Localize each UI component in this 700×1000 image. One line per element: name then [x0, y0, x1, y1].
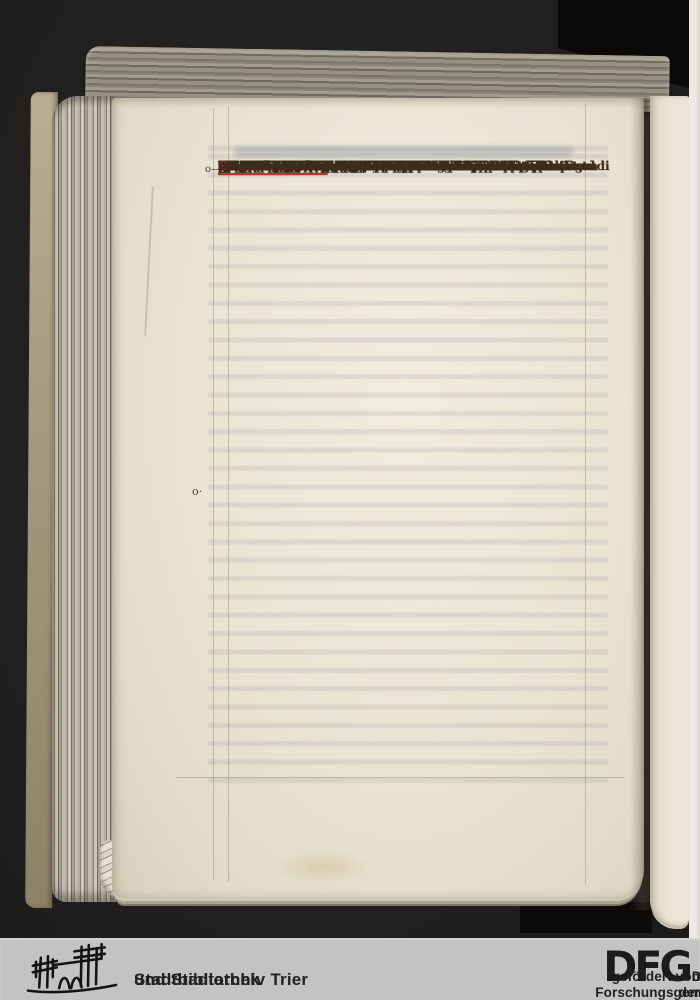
manuscript-text: quitr̃ Sed de volūtate abbat' dedi ad re…	[218, 157, 622, 783]
page-stack-left-edge	[52, 96, 116, 902]
digitized-manuscript-photo: o— o· quitr̃ Sed de volūtate abbat' dedi…	[0, 0, 700, 1000]
dfg-logo: DFG	[603, 946, 690, 992]
scan-edge-strip	[689, 0, 697, 938]
facing-page-edge	[650, 96, 690, 926]
parchment-crease	[144, 186, 154, 336]
margin-mark: o·	[192, 485, 202, 498]
footer-bar: Stadtbibliothek und Stadtarchiv Trier ge…	[0, 938, 700, 1000]
ink-showthrough-smudge	[234, 146, 574, 157]
porta-nigra-icon	[22, 941, 122, 997]
porta-nigra-logo	[22, 941, 122, 997]
manuscript-page: o— o· quitr̃ Sed de volūtate abbat' dedi…	[112, 98, 644, 898]
library-name-line2: und Stadtarchiv Trier	[134, 969, 308, 991]
parchment-stain	[272, 850, 372, 884]
